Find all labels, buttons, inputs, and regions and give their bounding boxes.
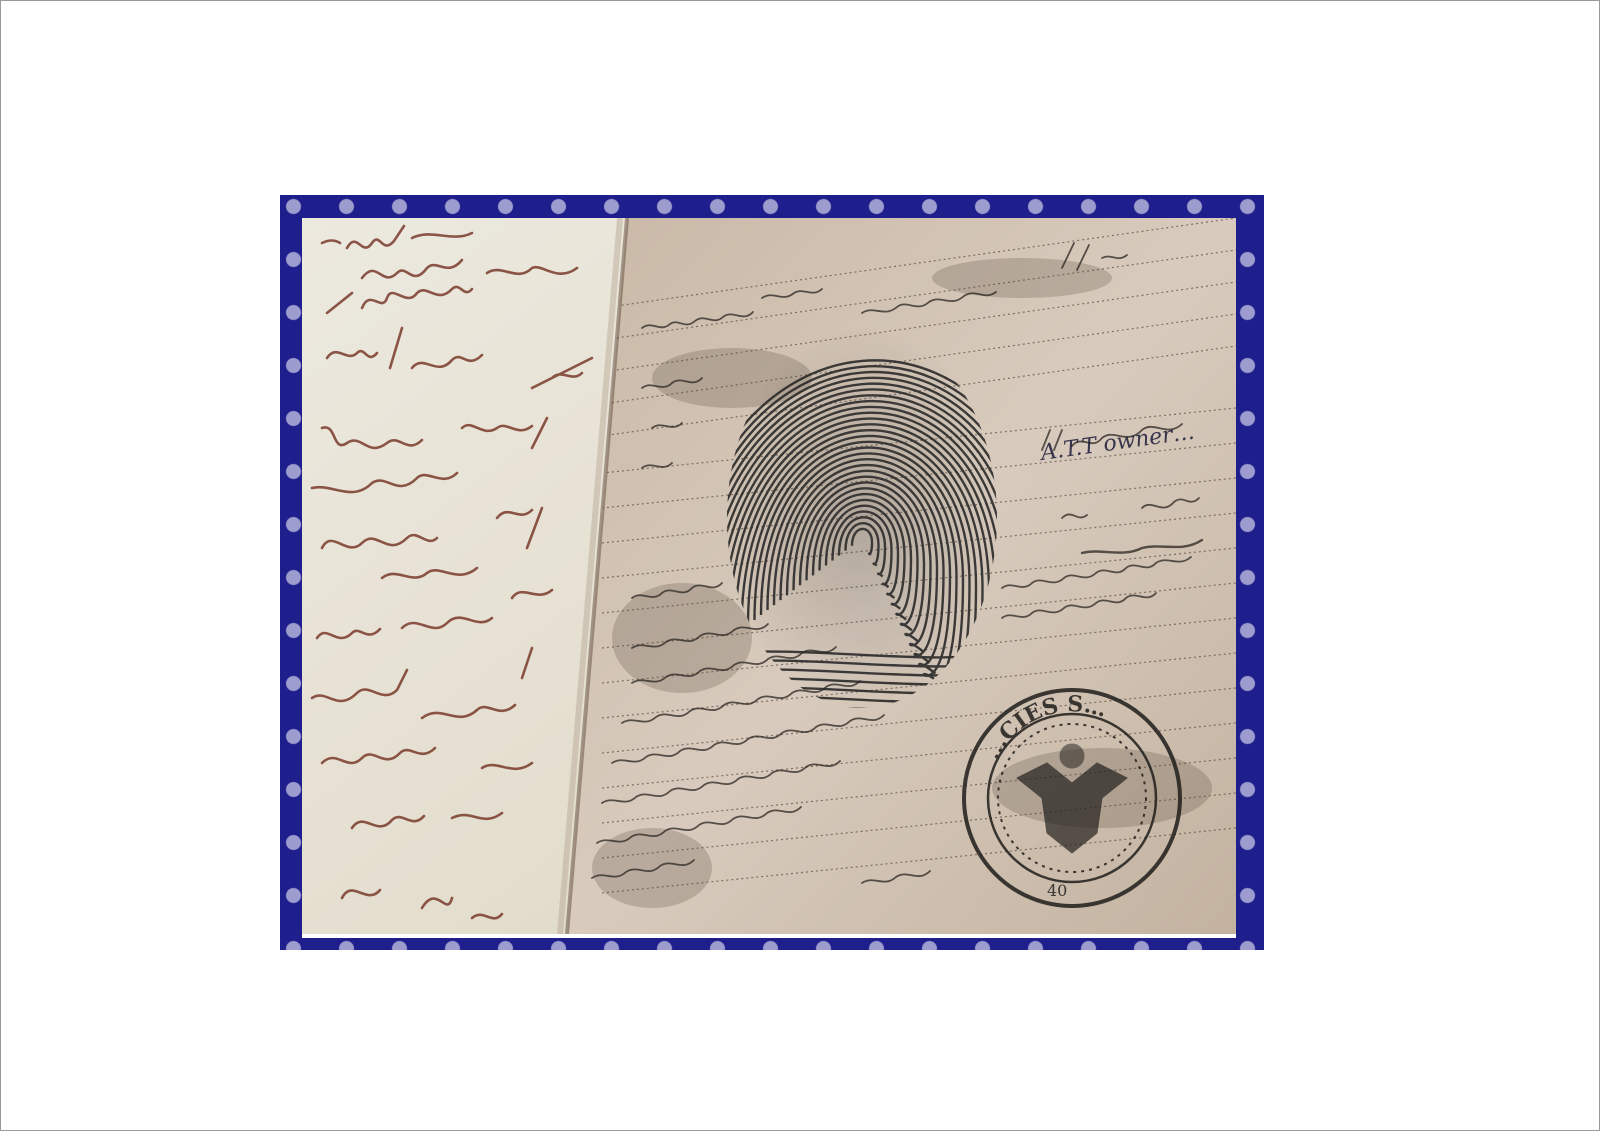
document-photo: …CIES S… 40 A.T.T owner… (302, 218, 1236, 938)
document-illustration: …CIES S… 40 A.T.T owner… (302, 218, 1236, 934)
seal-bottom-text: 40 (1047, 881, 1067, 900)
